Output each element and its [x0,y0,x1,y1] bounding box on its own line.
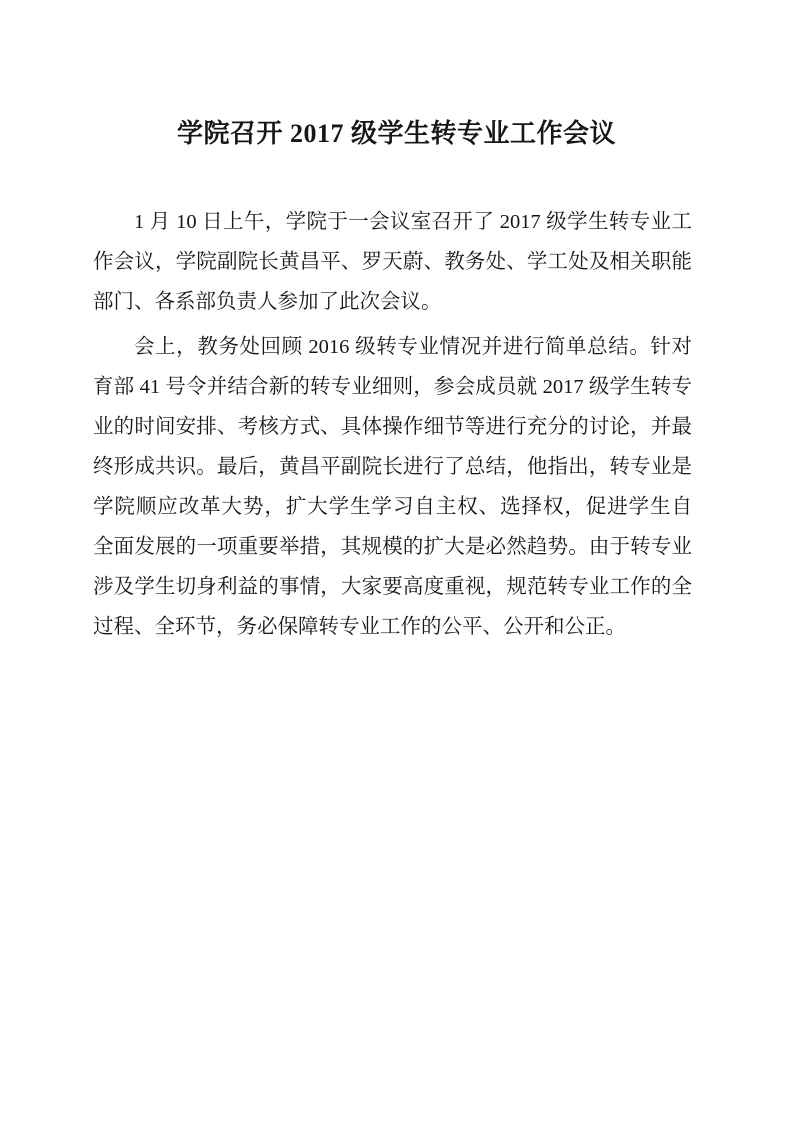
document-page: 学院召开 2017 级学生转专业工作会议 1 月 10 日上午，学院于一会议室召… [0,0,793,1122]
paragraph-line: 学院顺应改革大势，扩大学生学习自主权、选择权，促进学生自由、 [93,487,692,527]
paragraph-line: 终形成共识。最后，黄昌平副院长进行了总结，他指出，转专业是 [93,447,692,487]
paragraph-line: 全面发展的一项重要举措，其规模的扩大是必然趋势。由于转专业 [93,527,692,567]
paragraph-line: 涉及学生切身利益的事情，大家要高度重视，规范转专业工作的全 [93,567,692,607]
paragraph-line: 过程、全环节，务必保障转专业工作的公平、公开和公正。 [93,607,692,647]
paragraph-line: 作会议，学院副院长黄昌平、罗天蔚、教务处、学工处及相关职能 [93,242,692,282]
paragraph-line: 部门、各系部负责人参加了此次会议。 [93,282,692,322]
document-title: 学院召开 2017 级学生转专业工作会议 [0,0,793,150]
paragraph-2: 会上，教务处回顾 2016 级转专业情况并进行简单总结。针对教 育部 41 号令… [93,327,692,647]
paragraph-line: 育部 41 号令并结合新的转专业细则，参会成员就 2017 级学生转专 [93,367,692,407]
paragraph-1: 1 月 10 日上午，学院于一会议室召开了 2017 级学生转专业工 作会议，学… [93,202,692,322]
paragraph-line: 1 月 10 日上午，学院于一会议室召开了 2017 级学生转专业工 [93,202,692,242]
document-body: 1 月 10 日上午，学院于一会议室召开了 2017 级学生转专业工 作会议，学… [93,202,692,647]
paragraph-line: 会上，教务处回顾 2016 级转专业情况并进行简单总结。针对教 [93,327,692,367]
paragraph-line: 业的时间安排、考核方式、具体操作细节等进行充分的讨论，并最 [93,407,692,447]
